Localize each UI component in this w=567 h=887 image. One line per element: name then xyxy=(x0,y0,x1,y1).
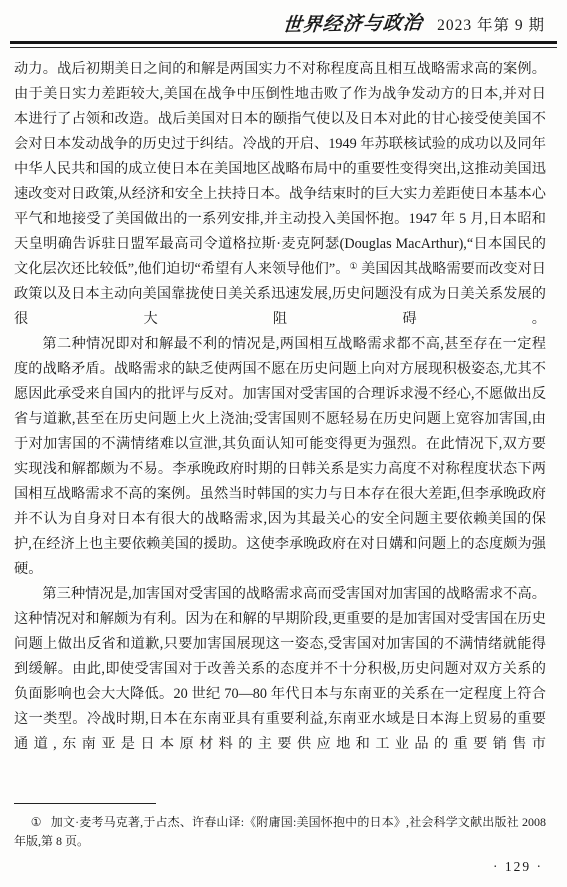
paragraph-3: 第三种情况是,加害国对受害国的战略需求高而受害国对加害国的战略需求不高。这种情况… xyxy=(14,582,546,757)
header-double-rule xyxy=(10,41,557,48)
footnote-ref-1: ① xyxy=(349,261,357,271)
paragraph-2-text: 第二种情况即对和解最不利的情况是,两国相互战略需求都不高,甚至存在一定程度的战略… xyxy=(14,336,546,577)
journal-title: 世界经济与政治 xyxy=(282,8,425,37)
paragraph-1: 动力。战后初期美日之间的和解是两国实力不对称程度高且相互战略需求高的案例。由于美… xyxy=(14,57,546,332)
page-header: 世界经济与政治 2023 年第 9 期 xyxy=(0,0,567,36)
footnote: ①加文·麦考马克著,于占杰、许春山译:《附庸国:美国怀抱中的日本》,社会科学文献… xyxy=(14,813,546,851)
footnote-section: ①加文·麦考马克著,于占杰、许春山译:《附庸国:美国怀抱中的日本》,社会科学文献… xyxy=(14,803,546,851)
footnote-text: 加文·麦考马克著,于占杰、许春山译:《附庸国:美国怀抱中的日本》,社会科学文献出… xyxy=(14,815,546,848)
issue-label: 2023 年第 9 期 xyxy=(437,13,545,35)
page: 世界经济与政治 2023 年第 9 期 动力。战后初期美日之间的和解是两国实力不… xyxy=(0,0,567,887)
paragraph-1-text: 动力。战后初期美日之间的和解是两国实力不对称程度高且相互战略需求高的案例。由于美… xyxy=(14,61,546,277)
article-body: 动力。战后初期美日之间的和解是两国实力不对称程度高且相互战略需求高的案例。由于美… xyxy=(14,57,546,757)
footnote-marker: ① xyxy=(31,815,42,829)
paragraph-2: 第二种情况即对和解最不利的情况是,两国相互战略需求都不高,甚至存在一定程度的战略… xyxy=(14,332,546,582)
paragraph-3-text: 第三种情况是,加害国对受害国的战略需求高而受害国对加害国的战略需求不高。这种情况… xyxy=(14,586,546,752)
footnote-divider xyxy=(14,803,156,804)
page-number: · 129 · xyxy=(493,859,543,875)
